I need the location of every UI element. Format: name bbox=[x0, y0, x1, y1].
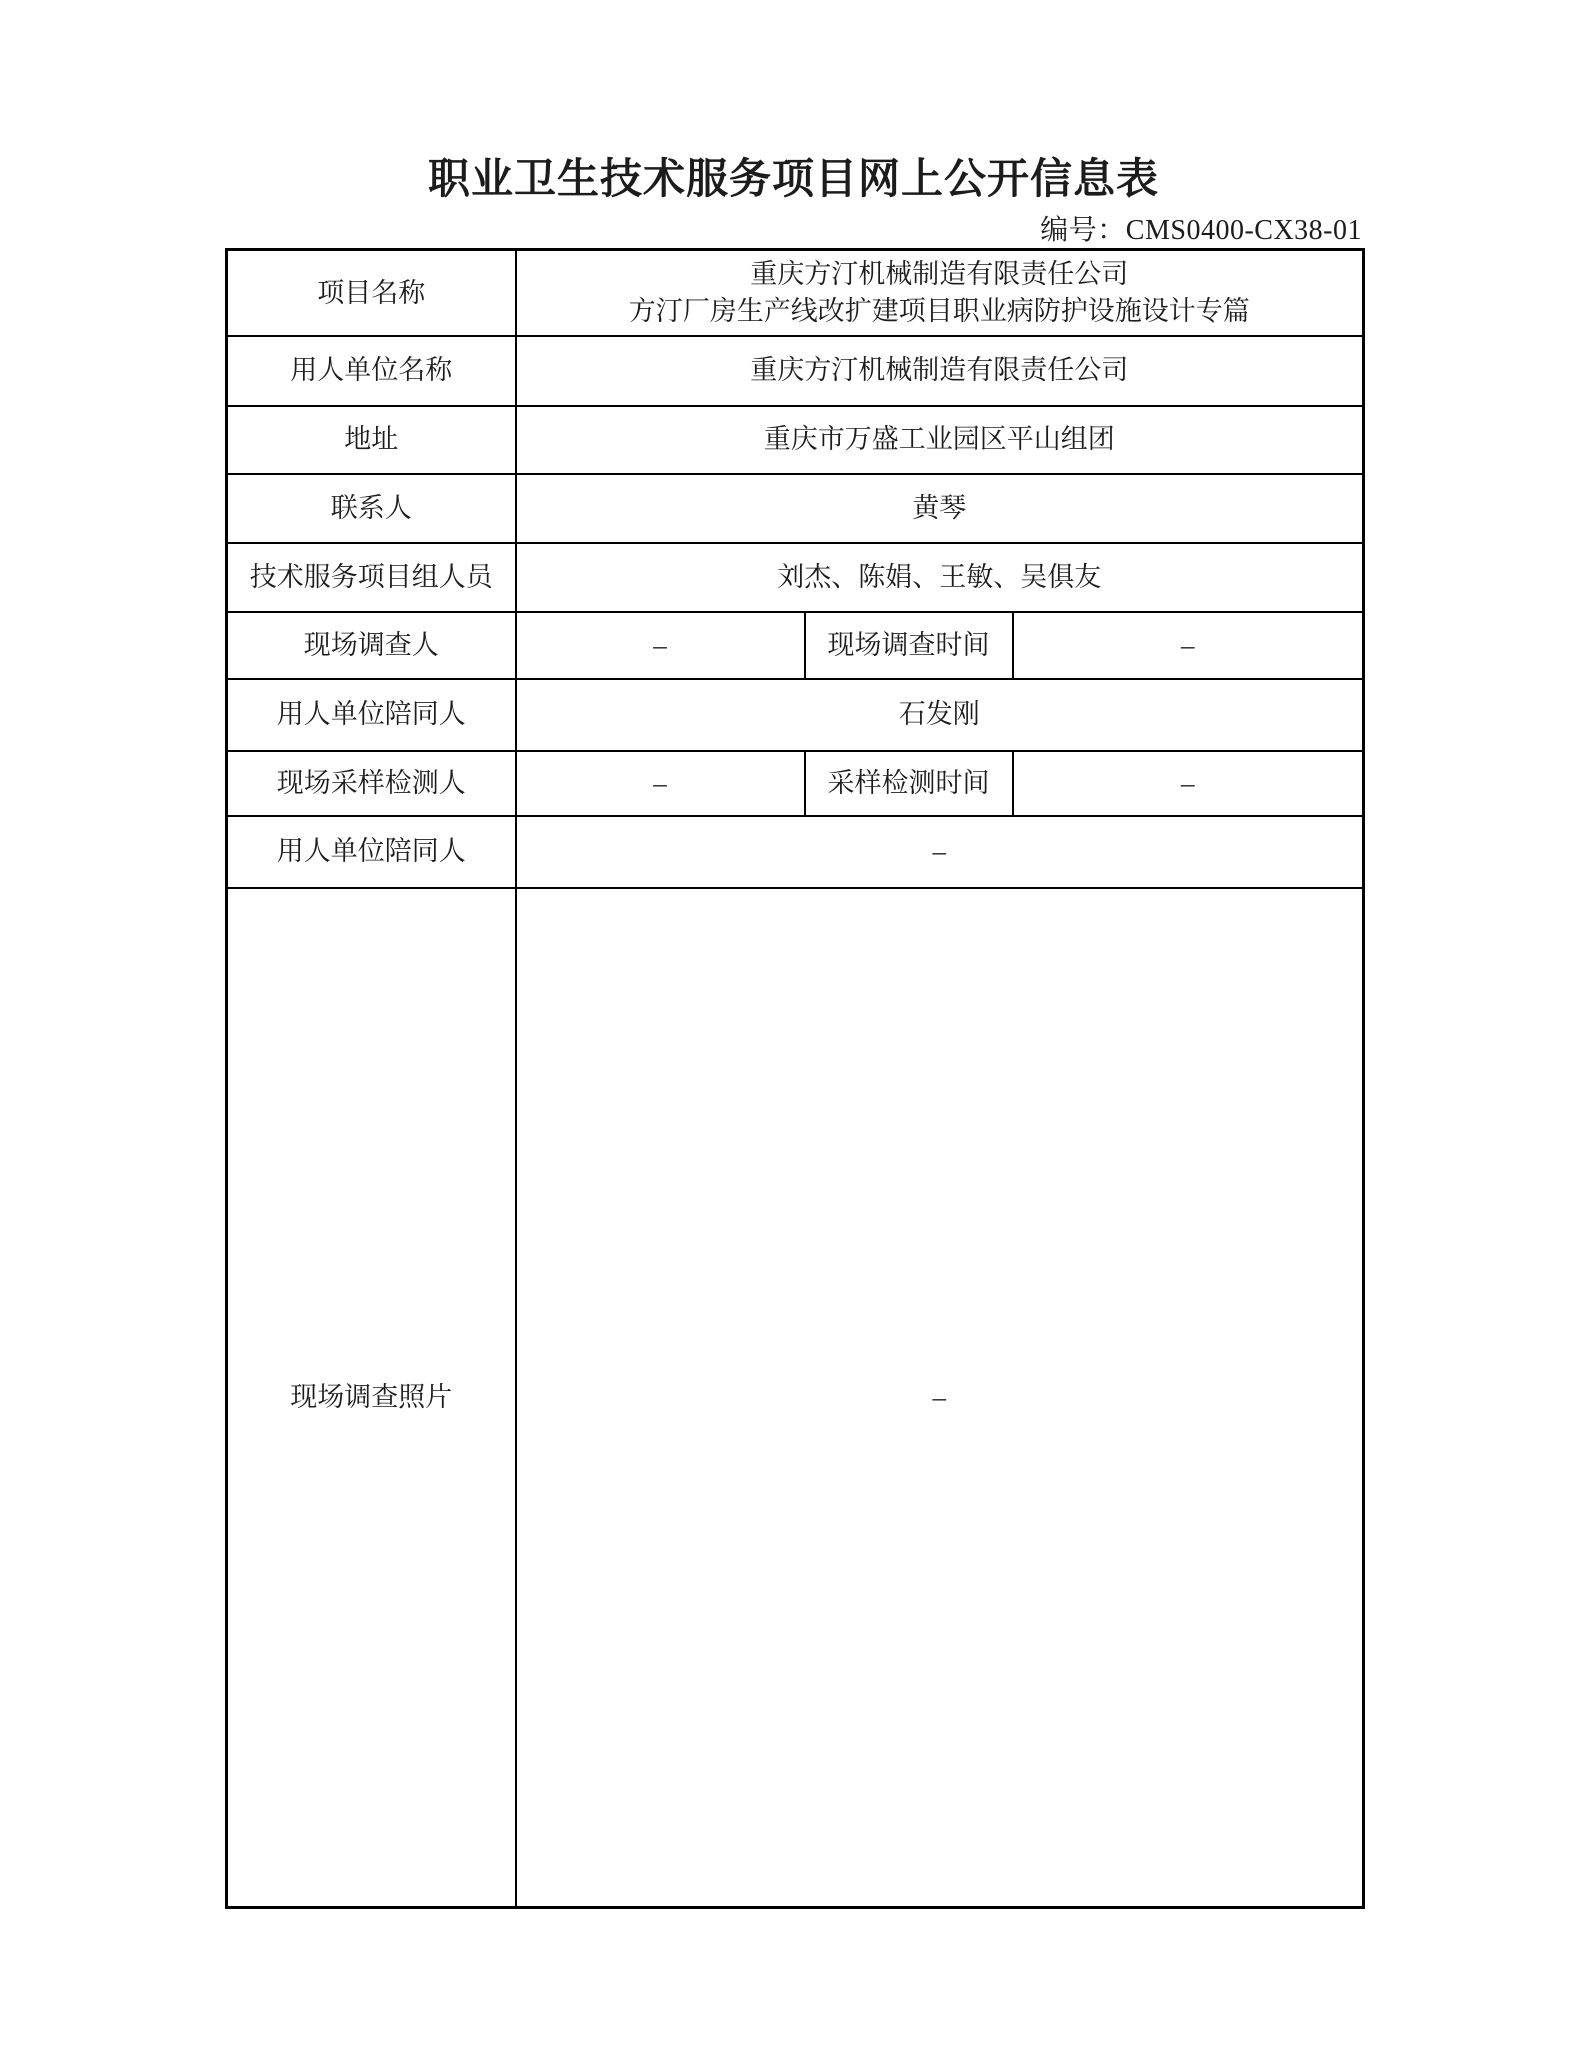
survey-photos-label-cell: 现场调查照片 bbox=[227, 888, 516, 1908]
site-survey-time-label-cell: 现场调查时间 bbox=[805, 612, 1013, 679]
employer-name-value-cell: 重庆方汀机械制造有限责任公司 bbox=[516, 336, 1364, 406]
sampling-label-cell: 现场采样检测人 bbox=[227, 751, 516, 816]
project-name-line1: 重庆方汀机械制造有限责任公司 bbox=[523, 256, 1357, 292]
sampling-value-cell: – bbox=[516, 751, 805, 816]
site-survey-time-value-cell: – bbox=[1013, 612, 1364, 679]
row-employer-escort-1: 用人单位陪同人 石发刚 bbox=[227, 679, 1364, 751]
survey-photos-value-cell: – bbox=[516, 888, 1364, 1908]
row-sampling: 现场采样检测人 – 采样检测时间 – bbox=[227, 751, 1364, 816]
address-value-cell: 重庆市万盛工业园区平山组团 bbox=[516, 406, 1364, 474]
info-table: 项目名称 重庆方汀机械制造有限责任公司 方汀厂房生产线改扩建项目职业病防护设施设… bbox=[225, 248, 1365, 1909]
contact-person-label-cell: 联系人 bbox=[227, 474, 516, 543]
row-employer-escort-2: 用人单位陪同人 – bbox=[227, 816, 1364, 888]
project-name-line2: 方汀厂房生产线改扩建项目职业病防护设施设计专篇 bbox=[523, 293, 1357, 329]
row-address: 地址 重庆市万盛工业园区平山组团 bbox=[227, 406, 1364, 474]
employer-escort-2-value-cell: – bbox=[516, 816, 1364, 888]
row-service-team: 技术服务项目组人员 刘杰、陈娟、王敏、吴俱友 bbox=[227, 543, 1364, 612]
doc-number: 编号：CMS0400-CX38-01 bbox=[1040, 208, 1362, 248]
doc-number-value: CMS0400-CX38-01 bbox=[1126, 215, 1362, 246]
address-label-cell: 地址 bbox=[227, 406, 516, 474]
row-site-survey: 现场调查人 – 现场调查时间 – bbox=[227, 612, 1364, 679]
row-project-name: 项目名称 重庆方汀机械制造有限责任公司 方汀厂房生产线改扩建项目职业病防护设施设… bbox=[227, 250, 1364, 336]
employer-escort-1-label-cell: 用人单位陪同人 bbox=[227, 679, 516, 751]
site-survey-value-cell: – bbox=[516, 612, 805, 679]
sampling-time-label-cell: 采样检测时间 bbox=[805, 751, 1013, 816]
sampling-time-value-cell: – bbox=[1013, 751, 1364, 816]
contact-person-value-cell: 黄琴 bbox=[516, 474, 1364, 543]
site-survey-label-cell: 现场调查人 bbox=[227, 612, 516, 679]
employer-escort-2-label-cell: 用人单位陪同人 bbox=[227, 816, 516, 888]
employer-name-label-cell: 用人单位名称 bbox=[227, 336, 516, 406]
service-team-label-cell: 技术服务项目组人员 bbox=[227, 543, 516, 612]
row-employer-name: 用人单位名称 重庆方汀机械制造有限责任公司 bbox=[227, 336, 1364, 406]
project-name-label-cell: 项目名称 bbox=[227, 250, 516, 336]
employer-escort-1-value-cell: 石发刚 bbox=[516, 679, 1364, 751]
row-survey-photos: 现场调查照片 – bbox=[227, 888, 1364, 1908]
doc-title: 职业卫生技术服务项目网上公开信息表 bbox=[0, 146, 1587, 206]
project-name-value-cell: 重庆方汀机械制造有限责任公司 方汀厂房生产线改扩建项目职业病防护设施设计专篇 bbox=[516, 250, 1364, 336]
row-contact-person: 联系人 黄琴 bbox=[227, 474, 1364, 543]
doc-number-label: 编号： bbox=[1040, 215, 1126, 246]
document-page: 职业卫生技术服务项目网上公开信息表 编号：CMS0400-CX38-01 项目名… bbox=[0, 0, 1587, 2056]
service-team-value-cell: 刘杰、陈娟、王敏、吴俱友 bbox=[516, 543, 1364, 612]
